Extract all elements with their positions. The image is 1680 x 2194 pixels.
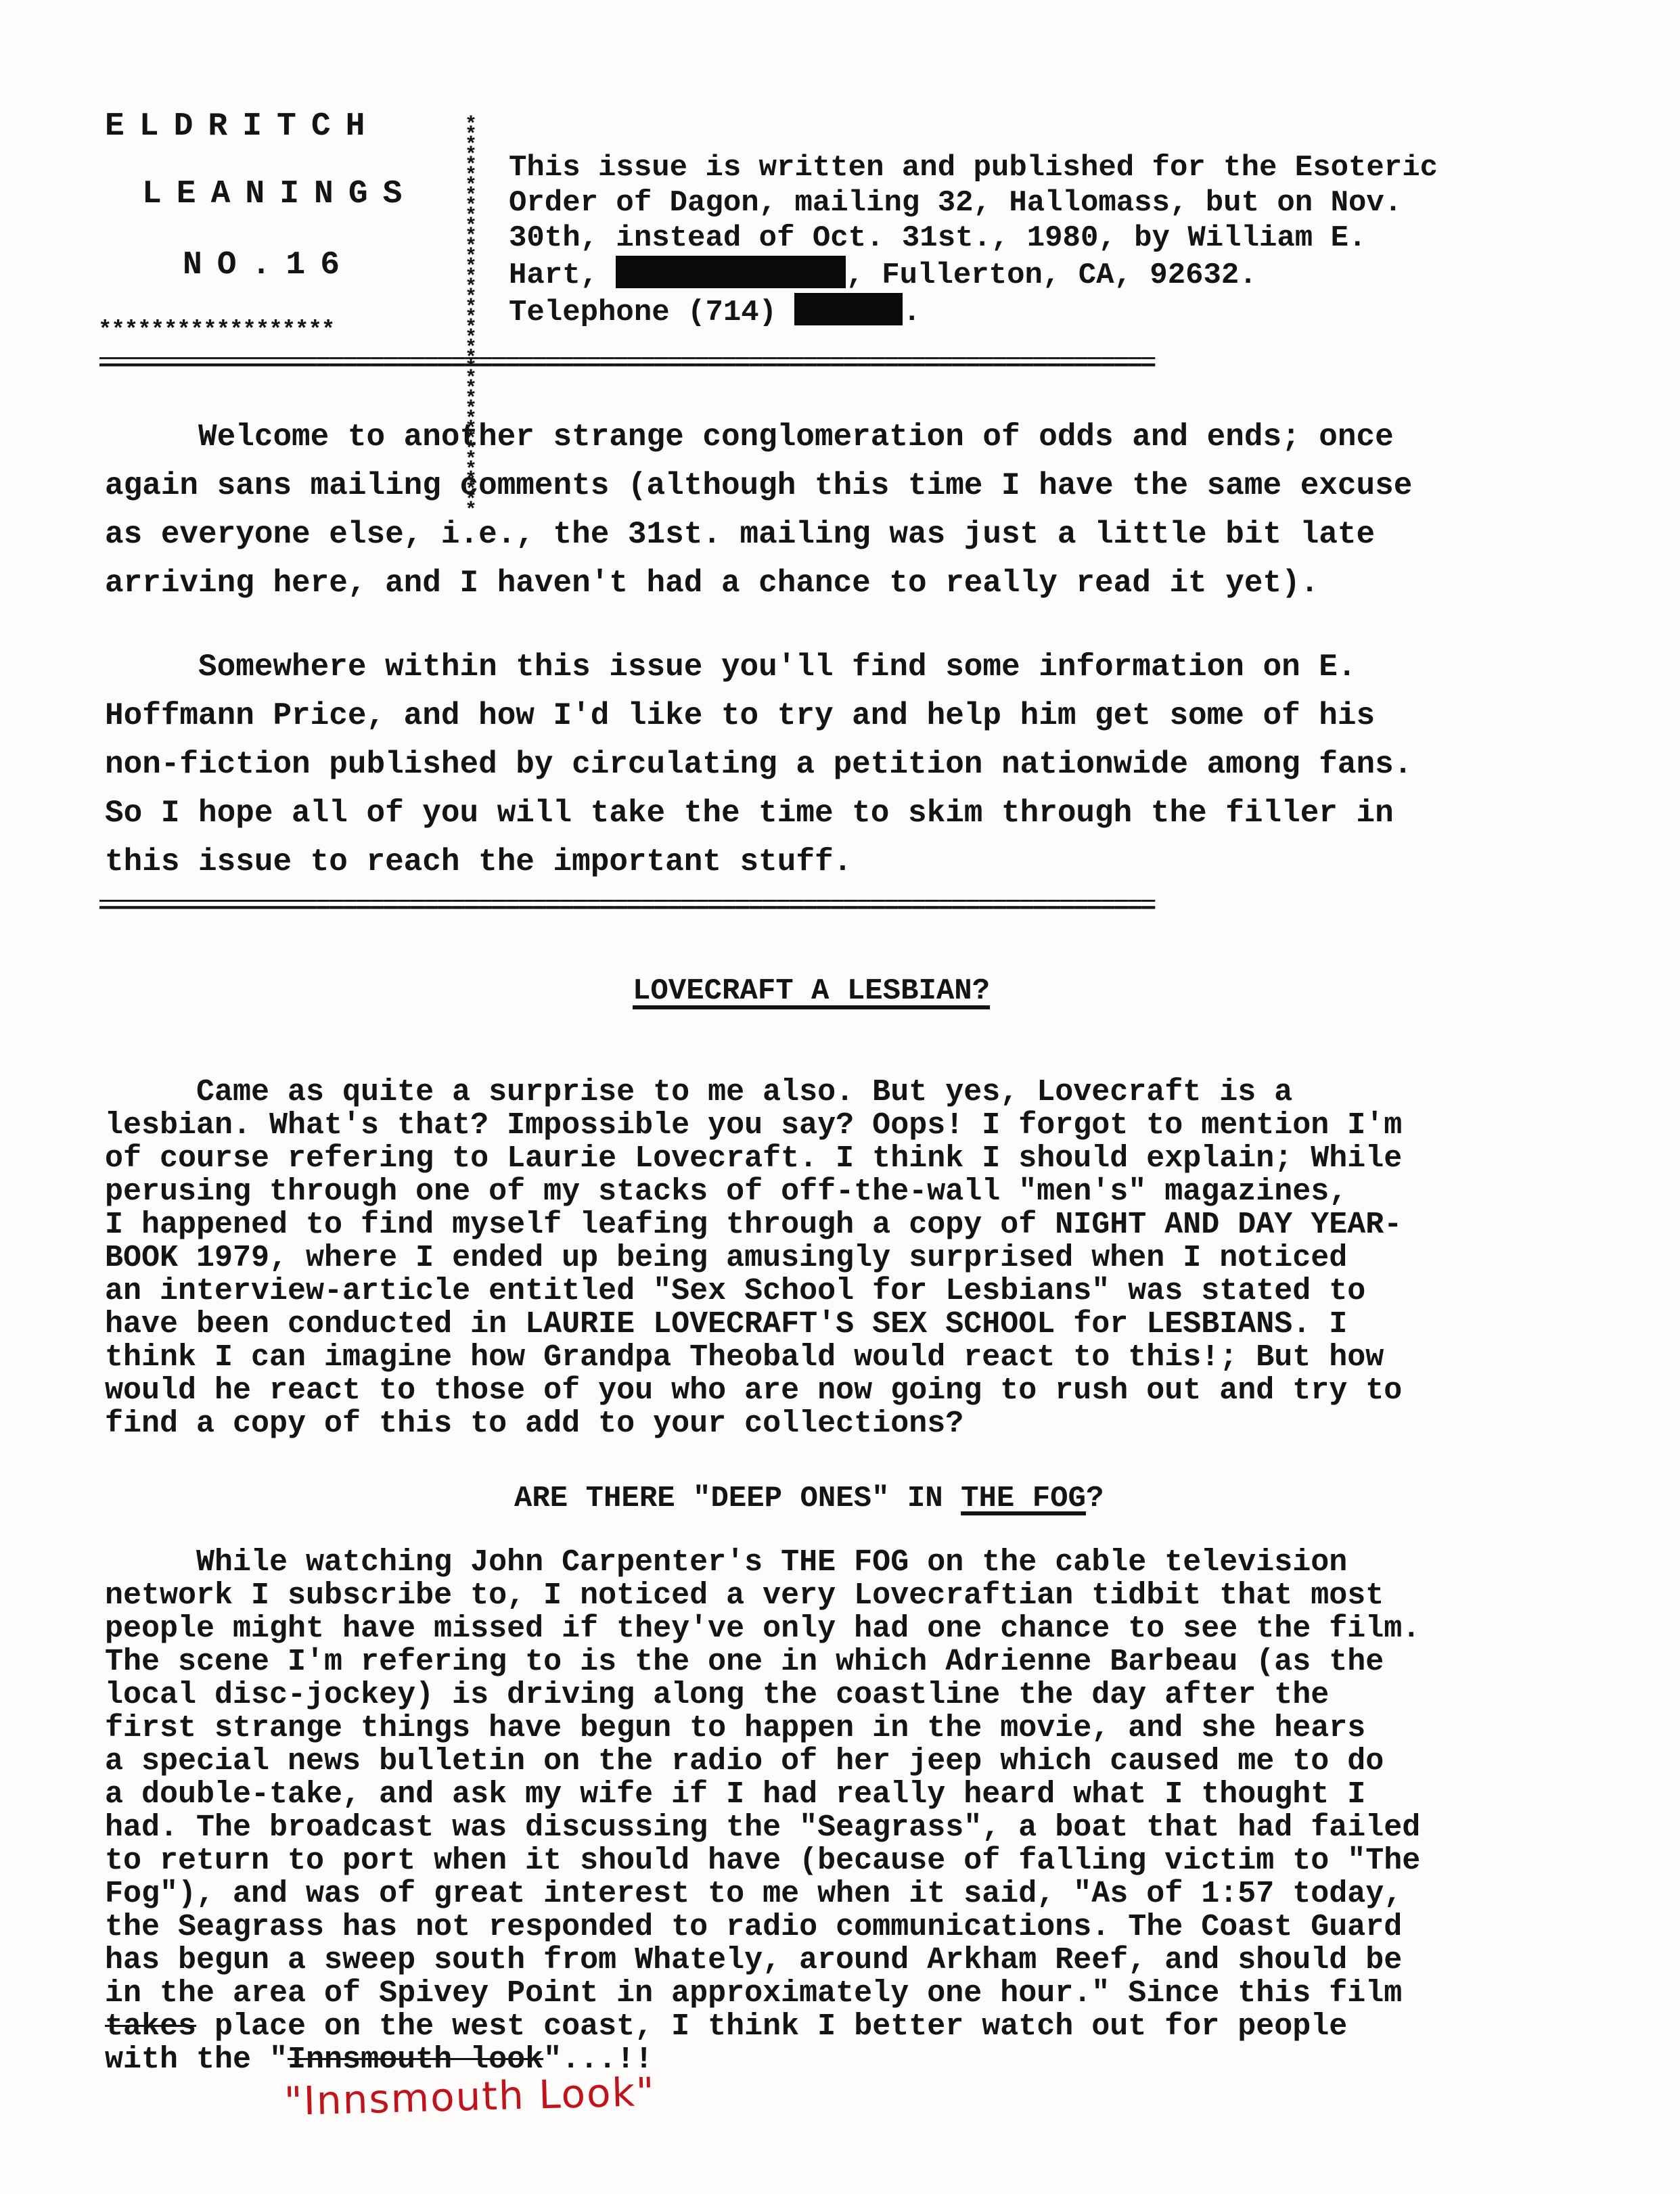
colophon-line: Hart, <box>509 258 616 292</box>
colophon-line: , Fullerton, CA, 92632. <box>846 258 1256 292</box>
newsletter-page: ELDRITCH LEANINGS NO.16 ****************… <box>0 0 1680 2194</box>
article-body-lovecraft: Came as quite a surprise to me also. But… <box>105 1076 1607 1440</box>
colophon-line: . <box>903 296 920 329</box>
redacted-address <box>616 256 846 288</box>
asterisk-border-bottom: ****************** <box>98 318 334 344</box>
struck-word: takes <box>105 2009 196 2044</box>
divider-rule: ========================================… <box>98 357 1560 371</box>
colophon-line: 30th, instead of Oct. 31st., 1980, by Wi… <box>509 221 1366 255</box>
colophon-line: Order of Dagon, mailing 32, Hallomass, b… <box>509 186 1402 220</box>
masthead-title-eldritch: ELDRITCH <box>105 108 380 145</box>
colophon-line: Telephone (714) <box>509 296 794 329</box>
article-body-fog: While watching John Carpenter's THE FOG … <box>105 1546 1607 2076</box>
article-heading-lovecraft: LOVECRAFT A LESBIAN? <box>633 974 990 1008</box>
struck-phrase: Innsmouth look <box>288 2042 543 2077</box>
issue-number: NO.16 <box>183 247 355 283</box>
divider-rule: ========================================… <box>98 900 1560 913</box>
intro-paragraph-2: Somewhere within this issue you'll find … <box>105 643 1593 886</box>
article-heading-fog: ARE THERE "DEEP ONES" IN THE FOG? <box>514 1482 1104 1515</box>
colophon: This issue is written and published for … <box>509 150 1645 330</box>
masthead-title-leanings: LEANINGS <box>142 176 417 212</box>
redacted-phone <box>794 293 903 325</box>
colophon-line: This issue is written and published for … <box>509 151 1438 185</box>
intro-paragraph-1: Welcome to another strange conglomeratio… <box>105 413 1593 608</box>
handwritten-correction: "Innsmouth Look" <box>283 2069 656 2124</box>
